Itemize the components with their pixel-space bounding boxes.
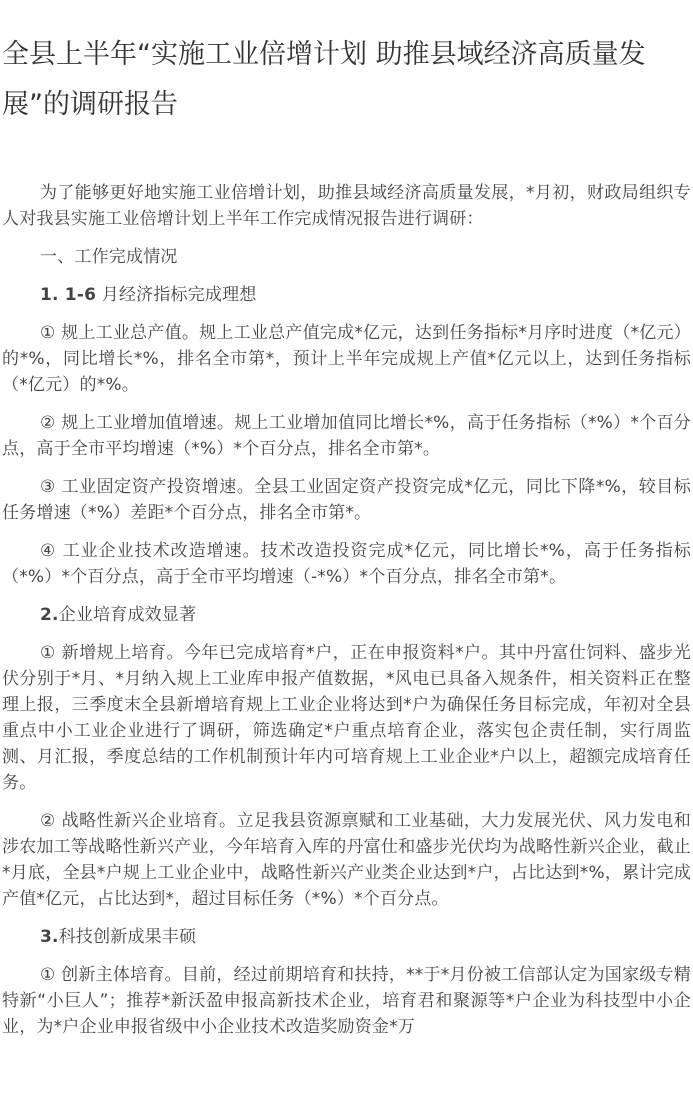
subsection-number: 2. — [40, 605, 59, 625]
subsection-title: 月经济指标完成理想 — [96, 285, 256, 305]
paragraph-tech-transformation: ④ 工业企业技术改造增速。技术改造投资完成*亿元，同比增长*%，高于任务指标（*… — [2, 538, 691, 590]
section-heading-work-completion: 一、工作完成情况 — [2, 244, 691, 270]
paragraph-added-value-growth: ② 规上工业增加值增速。规上工业增加值同比增长*%，高于任务指标（*%）*个百分… — [2, 410, 691, 462]
title-spacer — [2, 130, 691, 180]
subsection-heading-enterprise-cultivation: 2.企业培育成效显著 — [2, 602, 691, 628]
document-page: 全县上半年“实施工业倍增计划 助推县域经济高质量发展”的调研报告 为了能够更好地… — [0, 0, 691, 1040]
subsection-number: 3. — [40, 927, 59, 947]
paragraph-new-enterprises: ① 新增规上培育。今年已完成培育*户，正在申报资料*户。其中丹富仕饲料、盛步光伏… — [2, 640, 691, 796]
subsection-number: 1. 1-6 — [40, 285, 96, 305]
document-title: 全县上半年“实施工业倍增计划 助推县域经济高质量发展”的调研报告 — [2, 0, 691, 130]
paragraph-strategic-emerging: ② 战略性新兴企业培育。立足我县资源禀赋和工业基础，大力发展光伏、风力发电和涉农… — [2, 808, 691, 912]
paragraph-fixed-asset-investment: ③ 工业固定资产投资增速。全县工业固定资产投资完成*亿元，同比下降*%，较目标任… — [2, 474, 691, 526]
intro-paragraph: 为了能够更好地实施工业倍增计划，助推县域经济高质量发展，*月初，财政局组织专人对… — [2, 180, 691, 232]
subsection-title: 企业培育成效显著 — [59, 605, 197, 625]
paragraph-industrial-output: ① 规上工业总产值。规上工业总产值完成*亿元，达到任务指标*月序时进度（*亿元）… — [2, 320, 691, 398]
paragraph-innovation-entities: ① 创新主体培育。目前，经过前期培育和扶持，**于*月份被工信部认定为国家级专精… — [2, 962, 691, 1040]
subsection-heading-economic-indicators: 1. 1-6 月经济指标完成理想 — [2, 282, 691, 308]
subsection-heading-tech-innovation: 3.科技创新成果丰硕 — [2, 924, 691, 950]
subsection-title: 科技创新成果丰硕 — [59, 927, 197, 947]
